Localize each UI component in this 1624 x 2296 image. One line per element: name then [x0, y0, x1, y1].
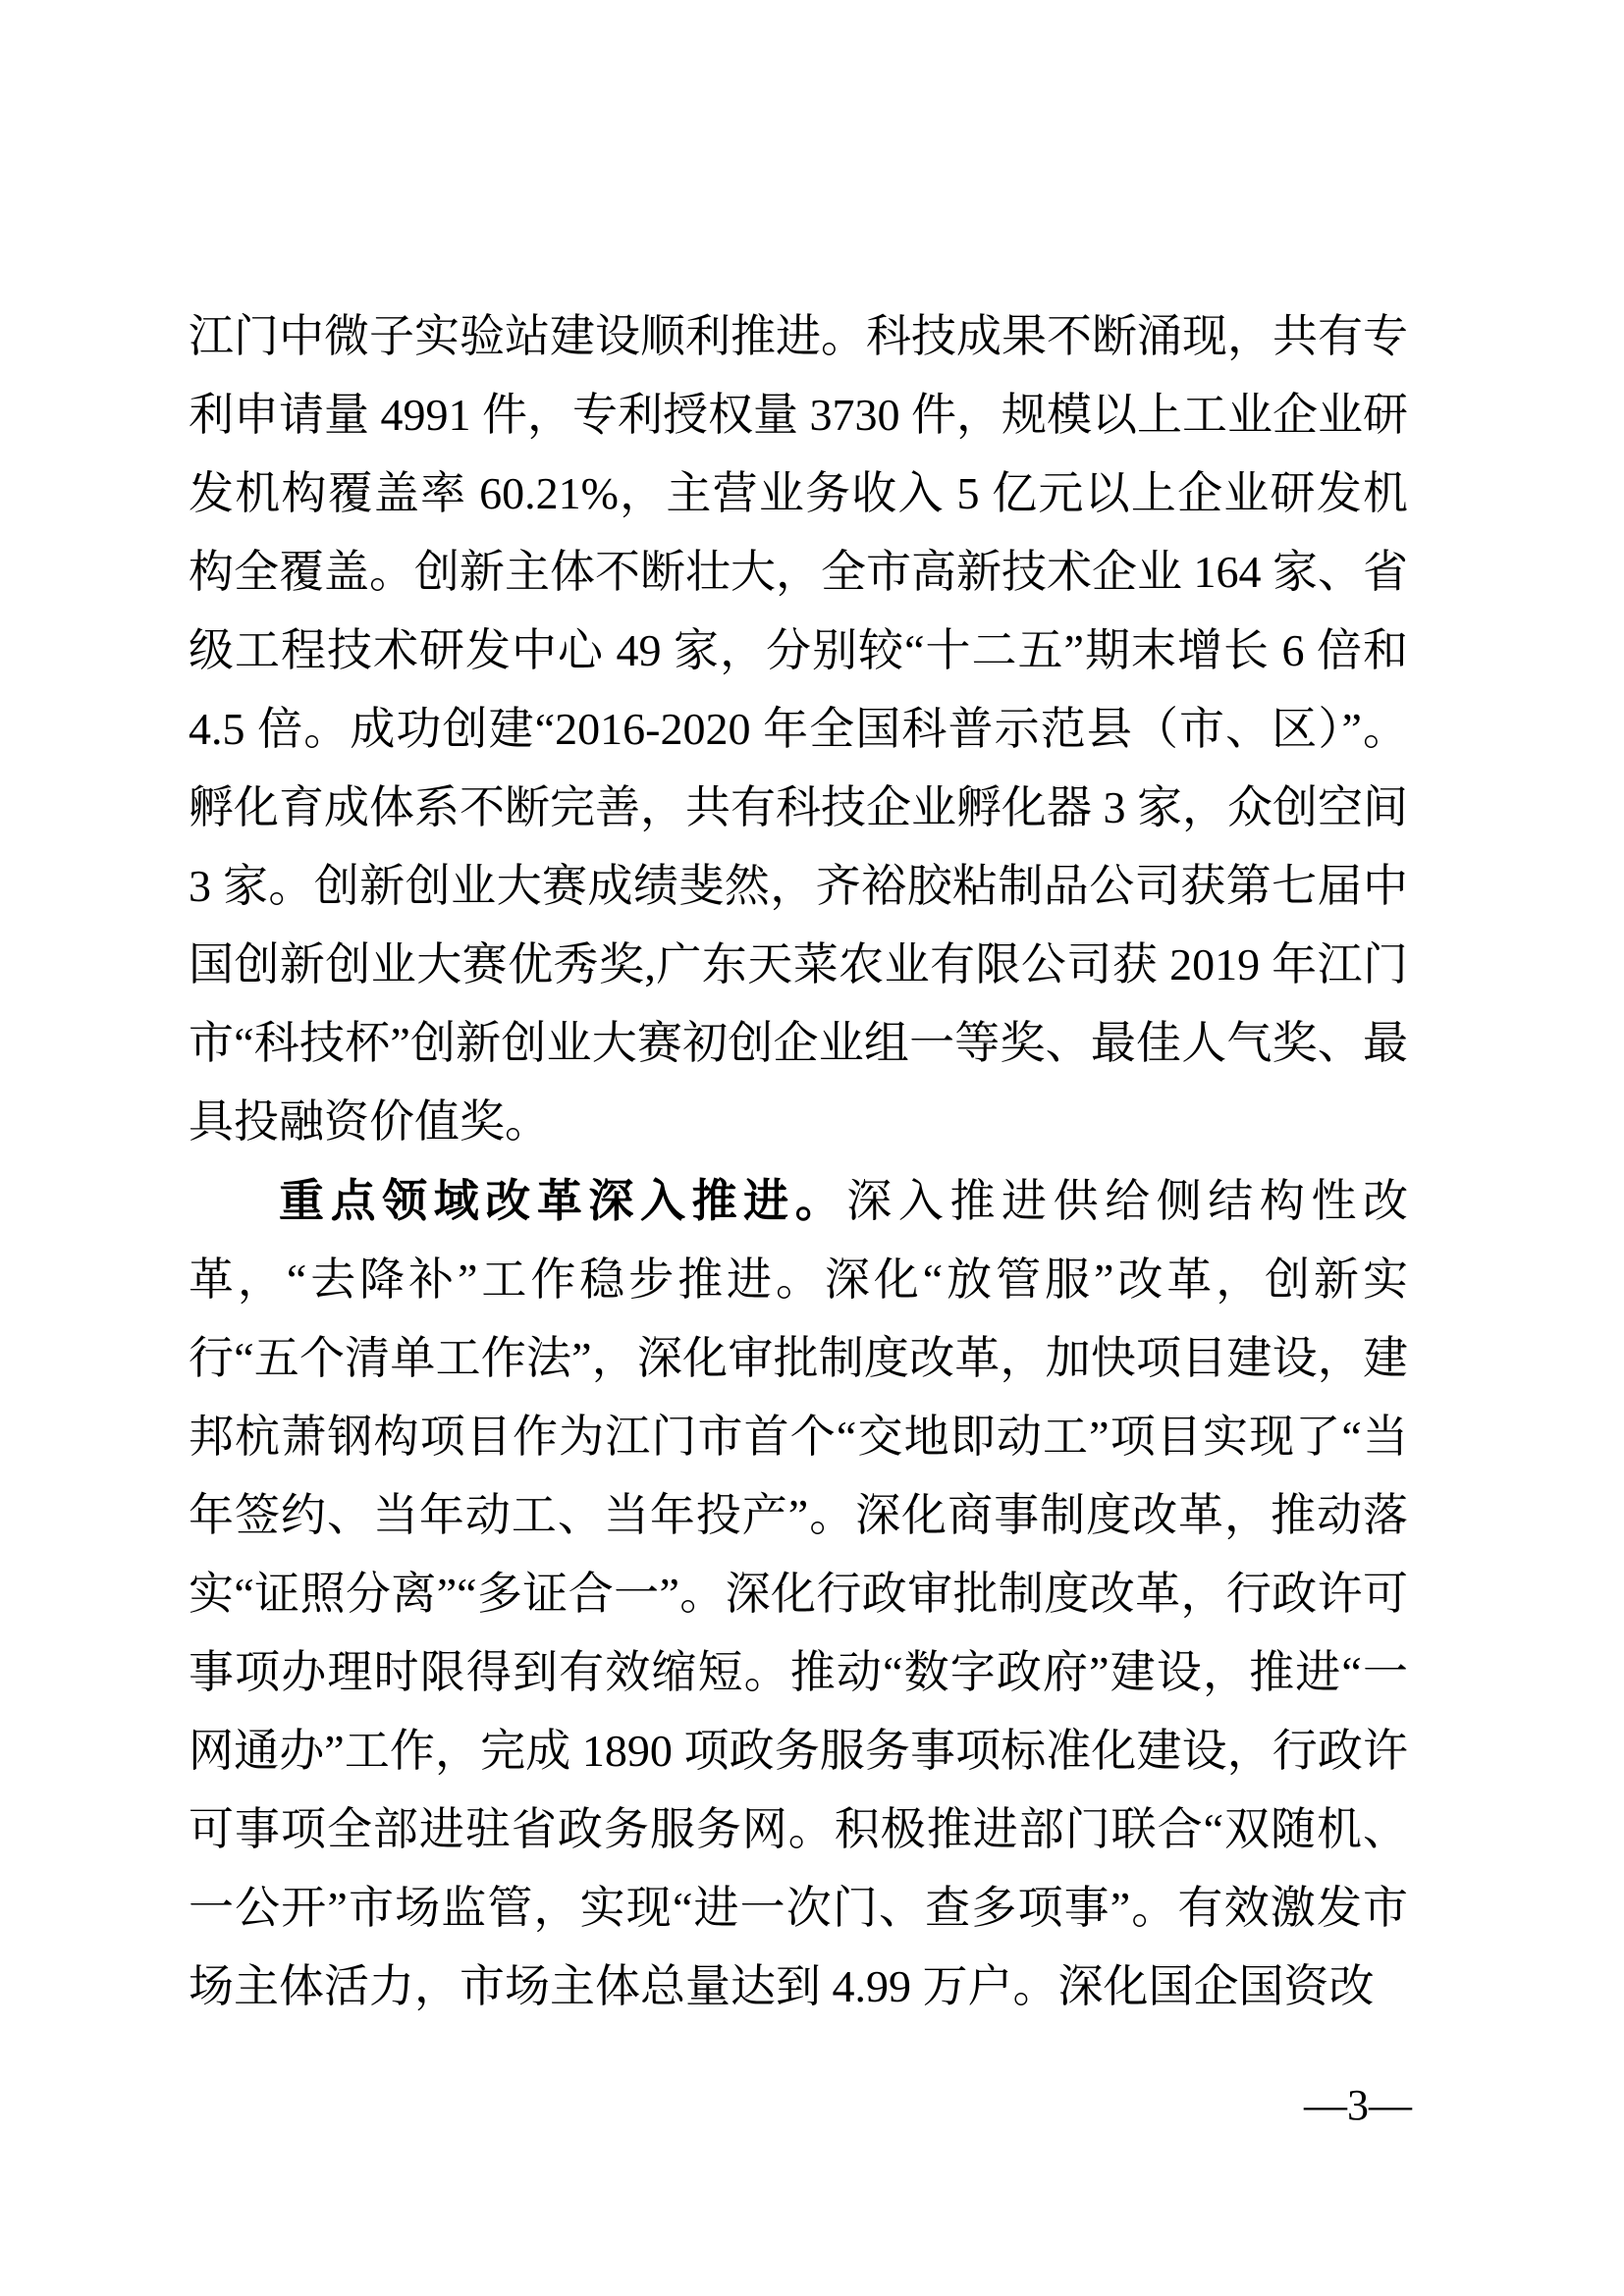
paragraph: 江门中微子实验站建设顺利推进。科技成果不断涌现，共有专利申请量 4991 件，专…	[189, 297, 1408, 1161]
paragraph-text: 深入推进供给侧结构性改革，“去降补”工作稳步推进。深化“放管服”改革，创新实行“…	[189, 1176, 1408, 2011]
document-page: 江门中微子实验站建设顺利推进。科技成果不断涌现，共有专利申请量 4991 件，专…	[0, 0, 1624, 2296]
paragraph-text: 江门中微子实验站建设顺利推进。科技成果不断涌现，共有专利申请量 4991 件，专…	[189, 311, 1408, 1147]
paragraph-bold-lead: 重点领域改革深入推进。	[279, 1175, 846, 1226]
paragraph: 重点领域改革深入推进。深入推进供给侧结构性改革，“去降补”工作稳步推进。深化“放…	[189, 1161, 1408, 2026]
text-block: 江门中微子实验站建设顺利推进。科技成果不断涌现，共有专利申请量 4991 件，专…	[189, 297, 1408, 2026]
page-number: —3—	[1304, 2081, 1412, 2130]
